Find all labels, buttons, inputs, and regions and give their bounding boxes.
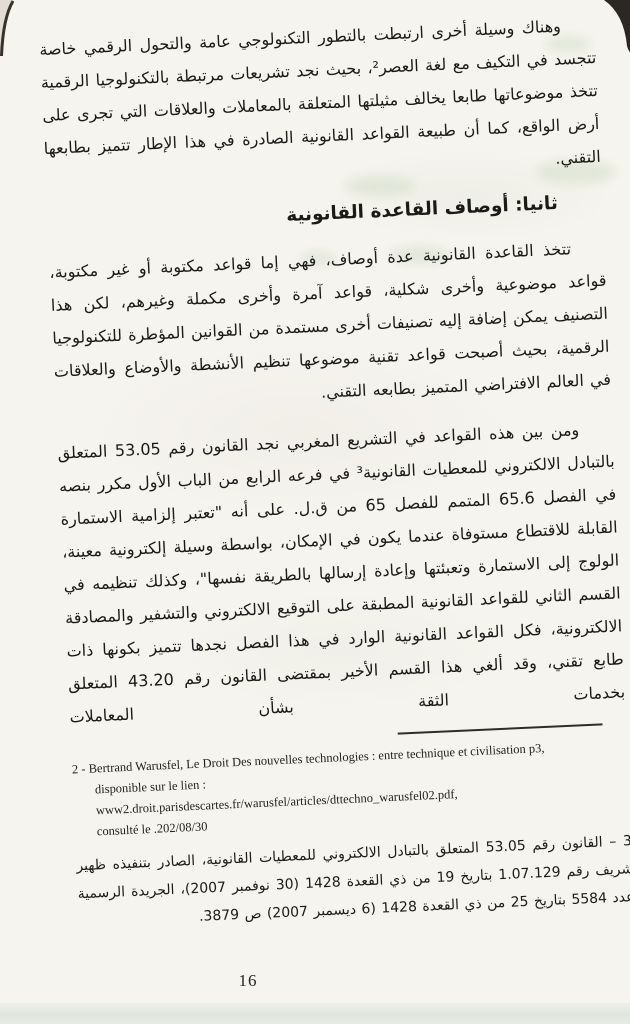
body-paragraph-2: تتخذ القاعدة القانونية عدة أوصاف، فهي إم… xyxy=(49,231,612,421)
footnote-3: 3 – القانون رقم 53.05 المتعلق بالتبادل ا… xyxy=(76,827,630,936)
page-content: وهناك وسيلة أخرى ارتبطت بالتطور التكنولو… xyxy=(39,8,630,936)
scanned-page: وهناك وسيلة أخرى ارتبطت بالتطور التكنولو… xyxy=(0,0,630,1024)
footnote-2: 2 - Bertrand Warusfel, Le Droit Des nouv… xyxy=(72,734,630,843)
scan-bottom-edge xyxy=(0,1003,630,1024)
section-heading: ثانيا: أوصاف القاعدة القانونية xyxy=(47,189,559,242)
body-paragraph-3: ومن بين هذه القواعد في التشريع المغربي ن… xyxy=(57,412,626,734)
scan-corner-top-right xyxy=(596,0,630,56)
body-paragraph-1: وهناك وسيلة أخرى ارتبطت بالتطور التكنولو… xyxy=(39,8,602,198)
footnote-separator xyxy=(398,723,603,734)
scan-corner-top-left xyxy=(0,0,26,58)
page-number: 16 xyxy=(228,971,268,991)
